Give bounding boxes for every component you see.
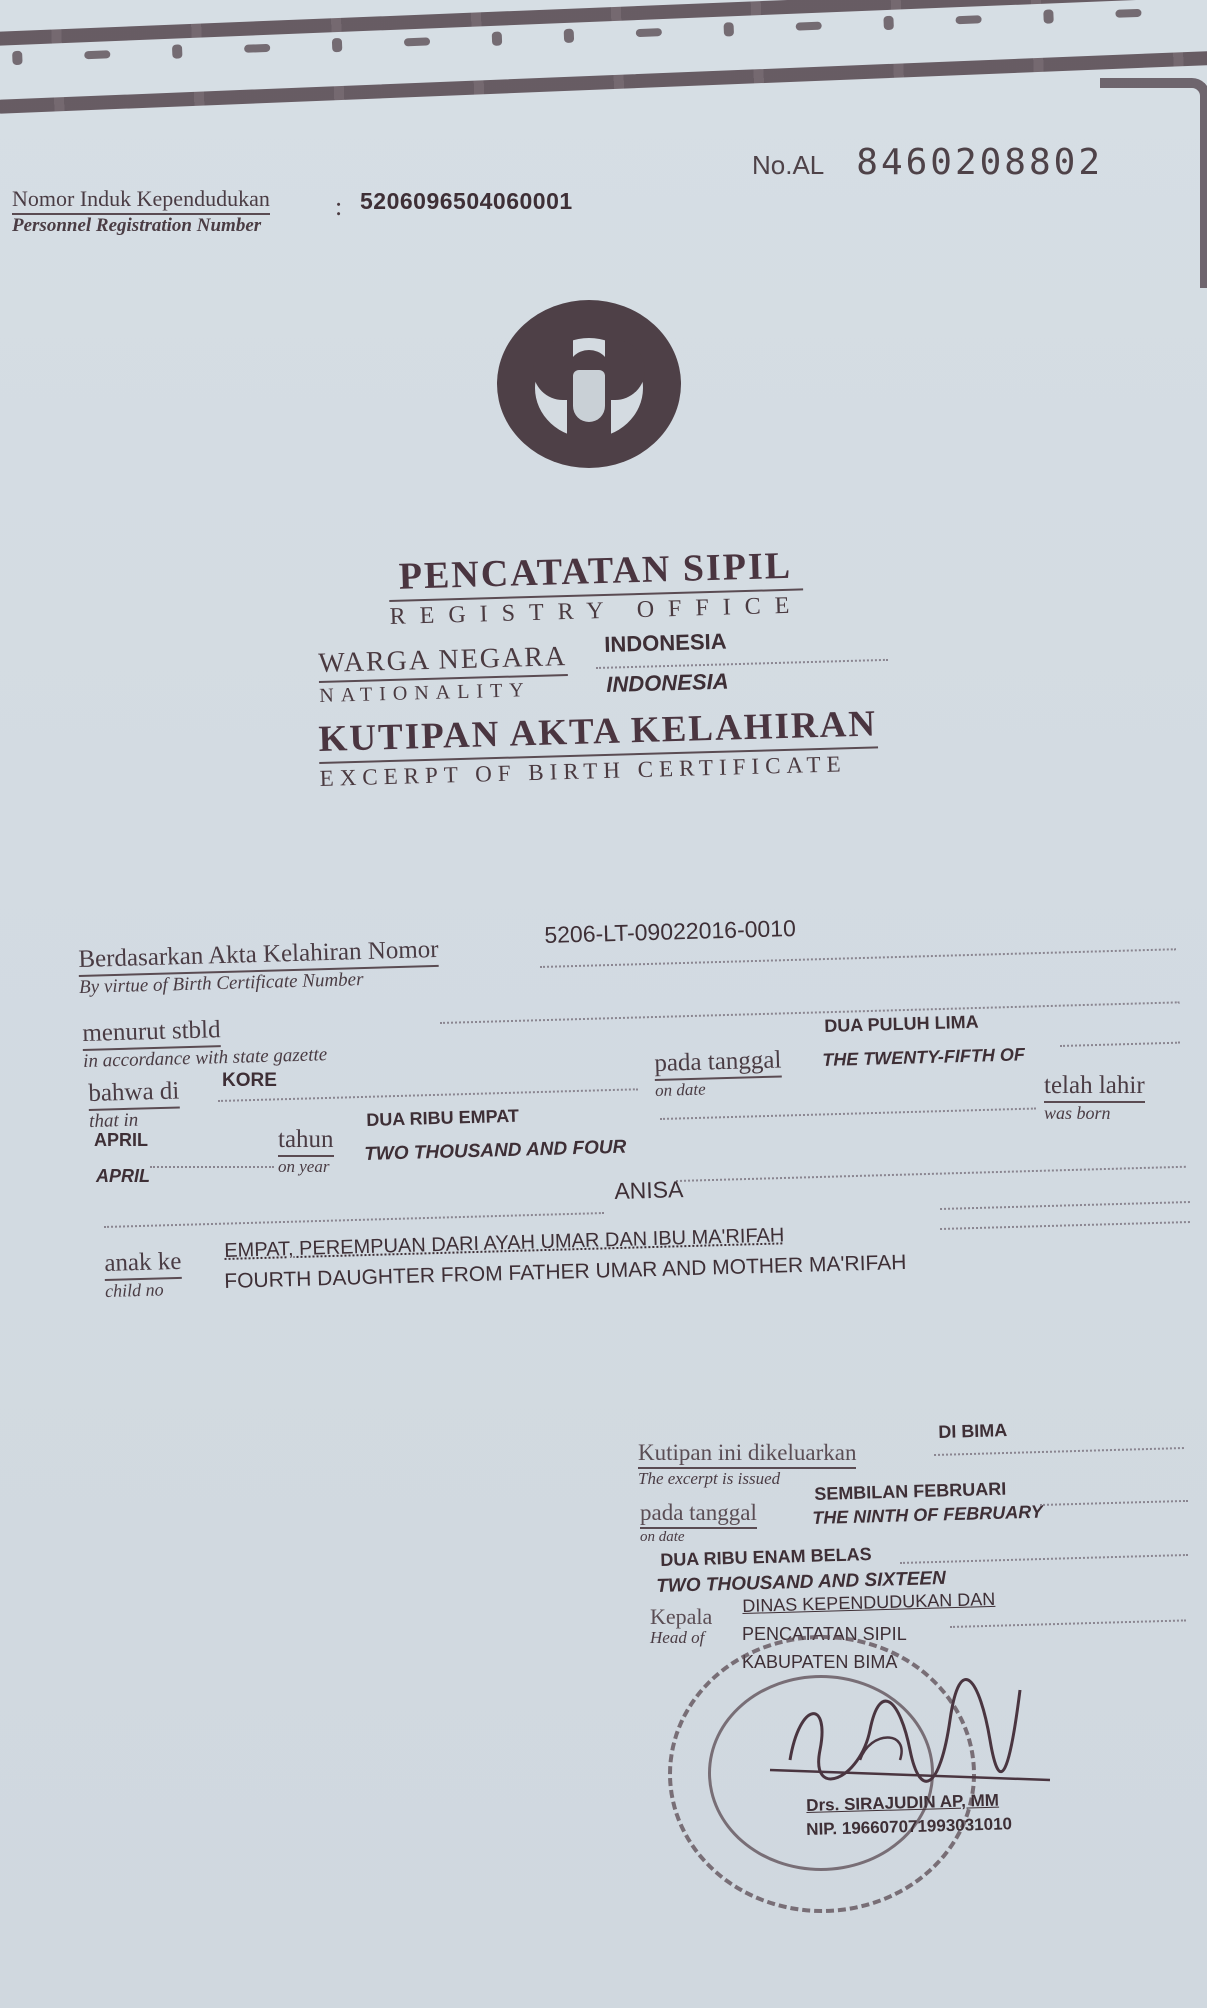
was-born-label: telah lahir was born (1044, 1072, 1145, 1124)
head-of-label: Kepala Head of (650, 1604, 712, 1648)
birth-place-value: KORE (222, 1070, 277, 1092)
serial-number: No.AL 8460208802 (752, 142, 1103, 183)
birth-year-value-id: DUA RIBU EMPAT (366, 1106, 519, 1131)
serial-prefix: No.AL (752, 150, 824, 180)
birth-date-value-id: DUA PULUH LIMA (824, 1012, 979, 1037)
decorative-border (0, 0, 1207, 120)
registry-office-heading: PENCATATAN SIPIL REGISTRY OFFICE (388, 543, 804, 631)
birth-date-value-en: THE TWENTY-FIFTH OF (822, 1044, 1025, 1071)
birth-month-value-id: APRIL (94, 1130, 148, 1151)
official-nip: NIP. 196607071993031010 (806, 1814, 1012, 1840)
issuance-year-value-id: DUA RIBU ENAM BELAS (660, 1544, 872, 1571)
state-gazette-label: menurut stbld in accordance with state g… (82, 1013, 328, 1073)
child-no-label: anak ke child no (104, 1248, 182, 1302)
issuance-date-label: pada tanggal on date (640, 1500, 757, 1546)
certificate-number-value: 5206-LT-09022016-0010 (544, 915, 796, 949)
certificate-paper: No.AL 8460208802 Nomor Induk Kependuduka… (0, 0, 1207, 2008)
nik-separator: : (335, 192, 342, 222)
nationality-value-id: INDONESIA (604, 629, 727, 658)
official-name: Drs. SIRAJUDIN AP, MM (806, 1791, 999, 1816)
nik-label: Nomor Induk Kependudukan Personnel Regis… (12, 186, 270, 237)
serial-value: 8460208802 (856, 142, 1103, 183)
signature-icon (760, 1660, 1060, 1810)
child-name-value: ANISA (614, 1176, 684, 1205)
certificate-number-label: Berdasarkan Akta Kelahiran Nomor By virt… (78, 936, 440, 999)
birth-month-value-en: APRIL (96, 1166, 150, 1187)
nik-value: 5206096504060001 (360, 188, 573, 215)
birth-year-label: tahun on year (278, 1126, 334, 1177)
birth-year-value-en: TWO THOUSAND AND FOUR (364, 1137, 627, 1166)
issuance-date-value-id: SEMBILAN FEBRUARI (814, 1479, 1007, 1505)
document-heading: KUTIPAN AKTA KELAHIRAN EXCERPT OF BIRTH … (318, 702, 878, 792)
issuance-place-value: DI BIMA (938, 1420, 1008, 1443)
nationality-label: WARGA NEGARA NATIONALITY (318, 641, 568, 708)
border-corner (1100, 78, 1207, 288)
issuance-place-label: Kutipan ini dikeluarkan The excerpt is i… (638, 1440, 856, 1489)
birth-date-label: pada tanggal on date (654, 1046, 782, 1101)
issuance-date-value-en: THE NINTH OF FEBRUARY (812, 1502, 1043, 1529)
garuda-emblem-icon (497, 300, 681, 468)
birth-place-label: bahwa di that in (88, 1077, 180, 1133)
nationality-value-en: INDONESIA (606, 669, 729, 698)
